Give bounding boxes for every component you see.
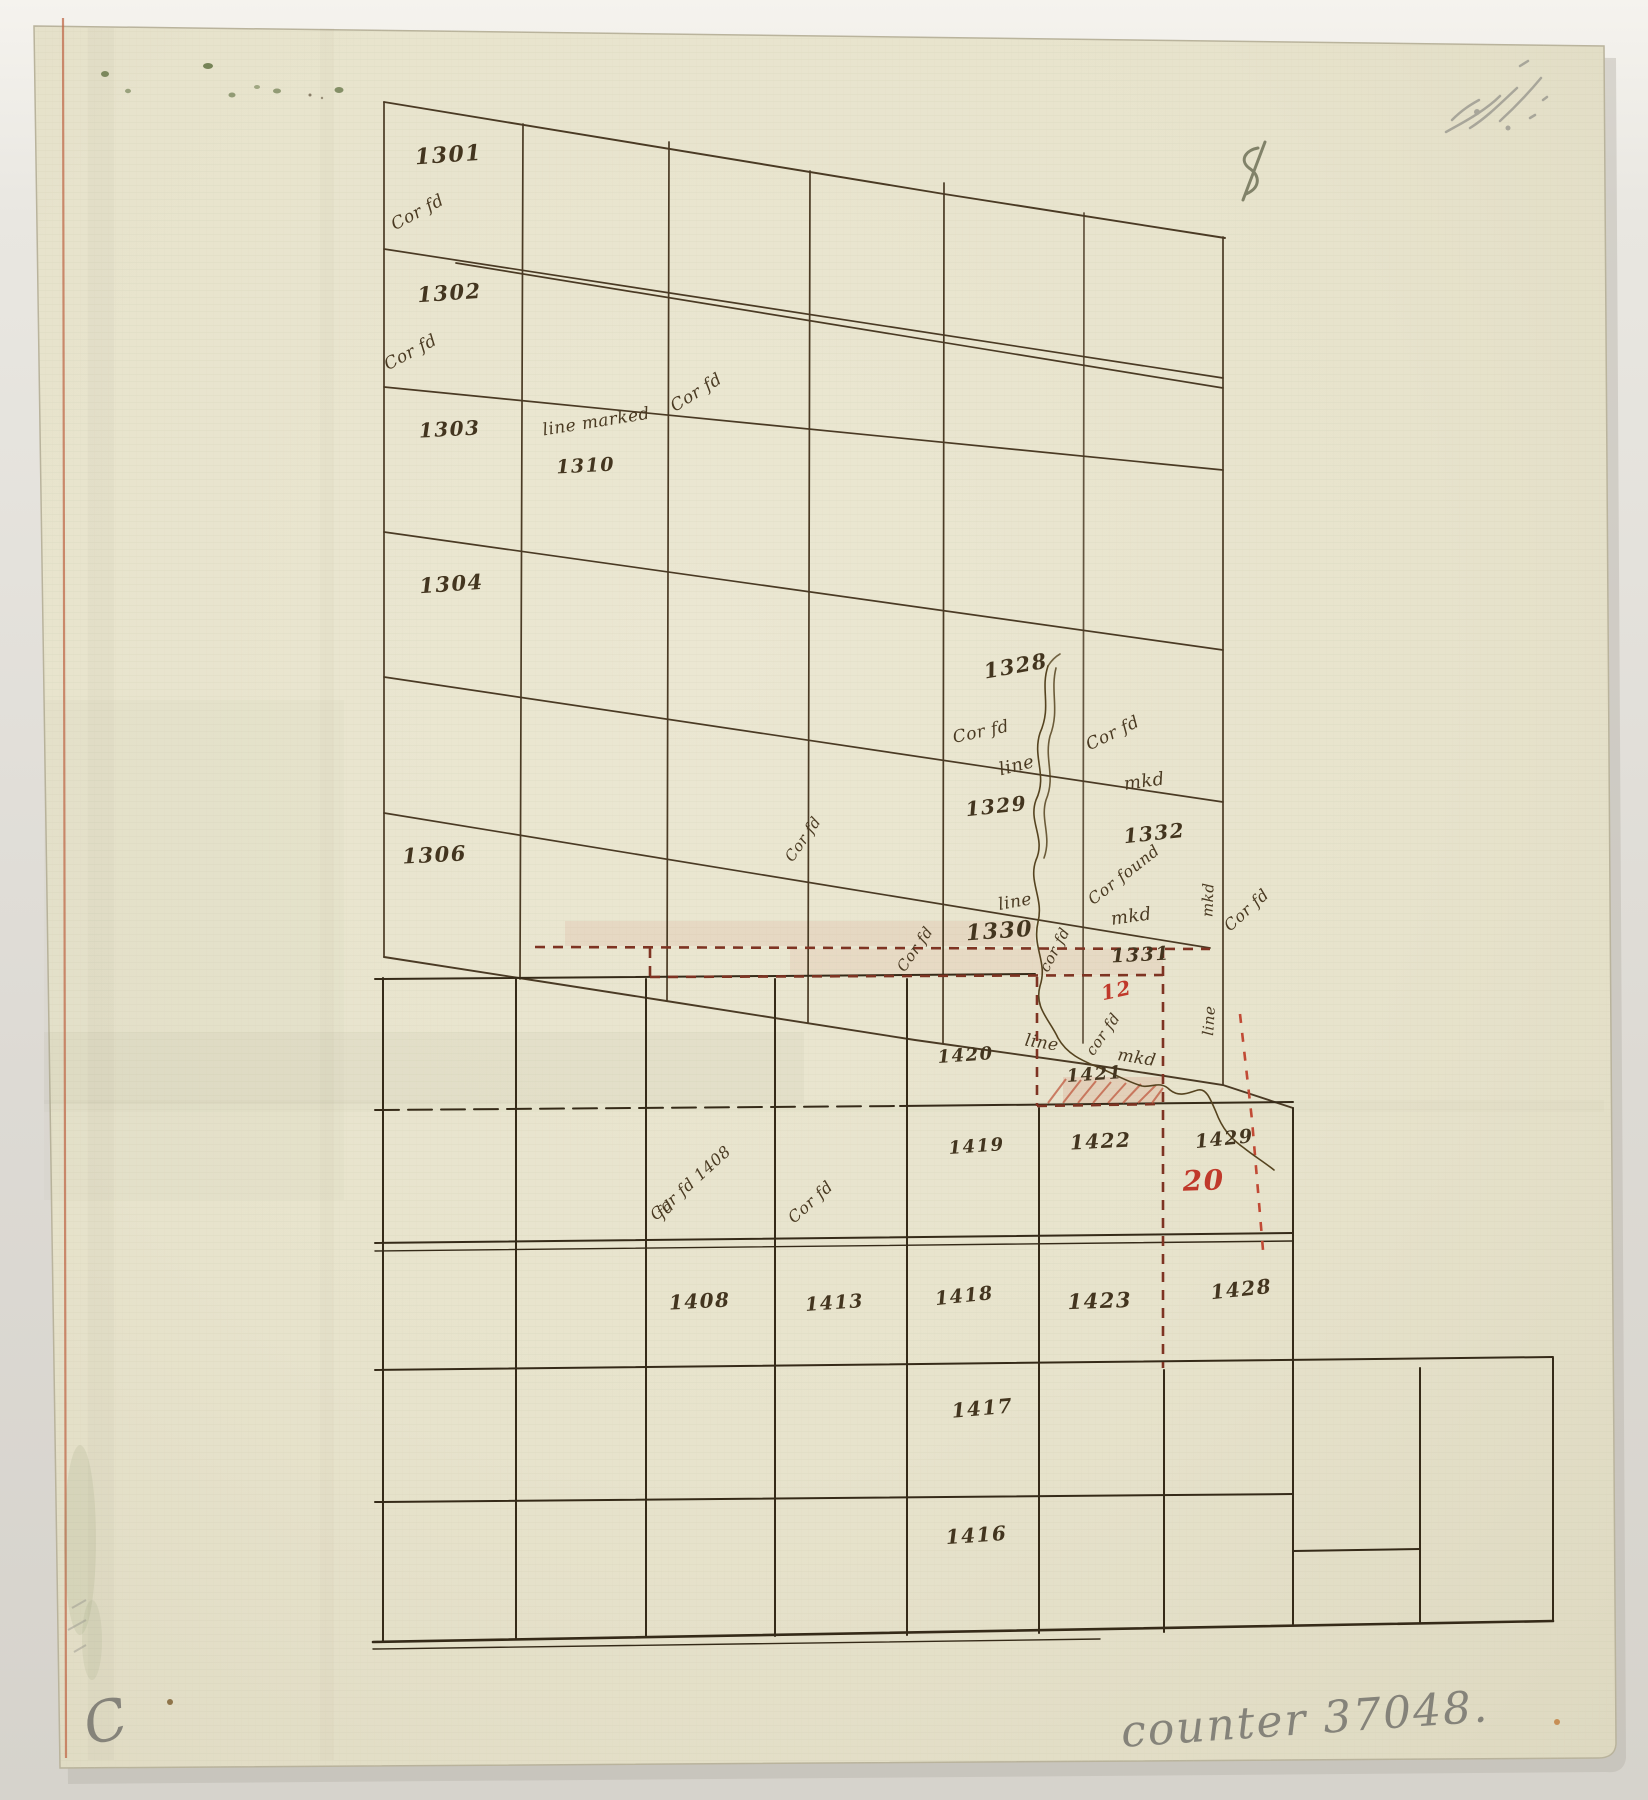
survey-number-label: 1302 [416, 278, 482, 307]
paper-sheet [34, 18, 1626, 1784]
plat-map-svg: 1301130213031310130413061328132913321330… [0, 0, 1648, 1800]
survey-number-label: 1330 [965, 916, 1034, 947]
survey-number-label: 1413 [804, 1290, 864, 1316]
surveyor-annotation-label: line [1199, 1005, 1219, 1036]
pink-wash-2 [790, 949, 1163, 975]
survey-number-label: 1331 [1111, 942, 1171, 967]
survey-number-label: 1422 [1069, 1127, 1132, 1154]
survey-number-label: 1310 [556, 453, 616, 478]
left-tonal-band [44, 700, 344, 1200]
survey-number-label: 1416 [945, 1521, 1008, 1549]
survey-number-label: 1421 [1066, 1062, 1123, 1087]
survey-number-label: 1420 [937, 1043, 994, 1068]
survey-number-label: 1304 [418, 569, 484, 598]
red-annotation-label: 20 [1181, 1163, 1225, 1197]
surveyor-annotation-label: mkd [1198, 882, 1217, 917]
green-smudge-2 [82, 1600, 102, 1680]
survey-number-label: 1306 [402, 840, 468, 868]
survey-number-label: 1423 [1067, 1287, 1132, 1314]
survey-number-label: 1301 [414, 140, 483, 171]
scanned-map-page: 1301130213031310130413061328132913321330… [0, 0, 1648, 1800]
survey-number-label: 1408 [668, 1287, 731, 1314]
survey-number-label: 1303 [418, 415, 481, 442]
survey-number-label: 1419 [948, 1134, 1005, 1159]
